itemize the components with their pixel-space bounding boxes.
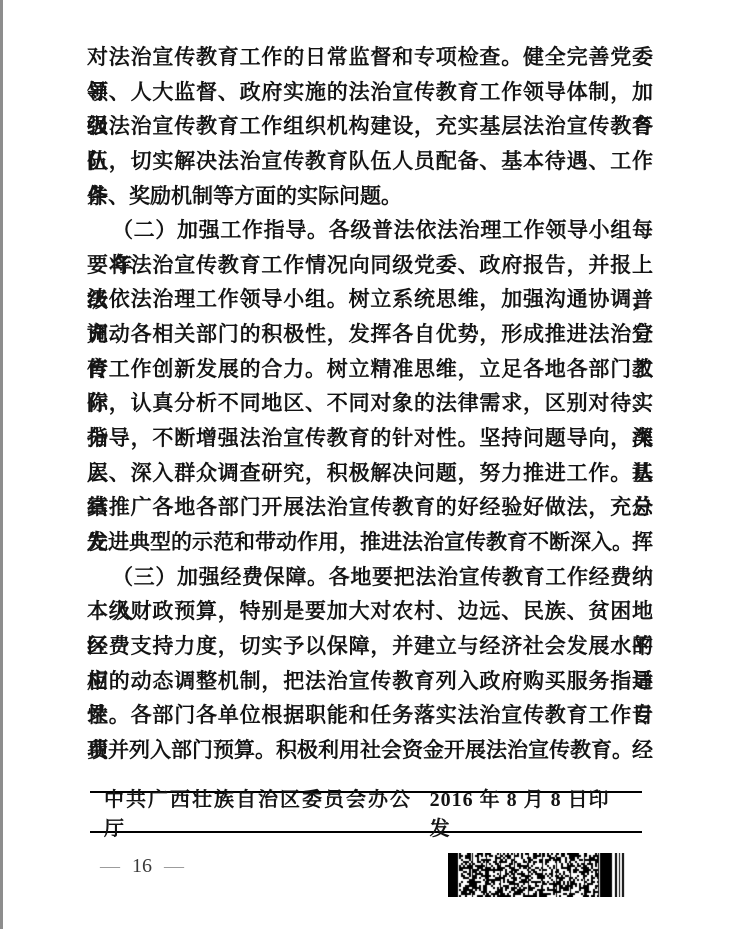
- text-line: 对法治宣传教育工作的日常监督和专项检查。健全完善党委领: [87, 40, 653, 75]
- text-line: （二）加强工作指导。各级普法依法治理工作领导小组每年: [87, 213, 653, 248]
- text-line: 层、深入群众调查研究，积极解决问题，努力推进工作。认真总: [87, 456, 653, 491]
- text-line: 经费支持力度，切实予以保障，并建立与经济社会发展水平相适: [87, 629, 653, 664]
- text-line: （三）加强经费保障。各地要把法治宣传教育工作经费纳入: [87, 560, 653, 595]
- scan-edge-shadow: [0, 0, 3, 929]
- text-line: 法依法治理工作领导小组。树立系统思维，加强沟通协调，充分: [87, 282, 653, 317]
- issuance-footer: 中共广西壮族自治区委员会办公厅 2016 年 8 月 8 日印发: [90, 791, 642, 833]
- document-body: 对法治宣传教育工作的日常监督和专项检查。健全完善党委领导、人大监督、政府实施的法…: [87, 40, 653, 767]
- text-line: 际，认真分析不同地区、不同对象的法律需求，区别对待、分类: [87, 386, 653, 421]
- issuer-name: 中共广西壮族自治区委员会办公厅: [104, 783, 430, 841]
- text-line: 先进典型的示范和带动作用，推进法治宣传教育不断深入。: [87, 525, 653, 560]
- page-number-dash-left: —: [100, 855, 120, 878]
- page-number-dash-right: —: [164, 855, 184, 878]
- page-number-value: 16: [132, 855, 152, 878]
- text-line: 本级财政预算，特别是要加大对农村、边远、民族、贫困地区的: [87, 594, 653, 629]
- text-line: 育工作创新发展的合力。树立精准思维，立足各地各部门工作实: [87, 352, 653, 387]
- scanned-document-page: 对法治宣传教育工作的日常监督和专项检查。健全完善党委领导、人大监督、政府实施的法…: [0, 0, 739, 929]
- text-line: 导、人大监督、政府实施的法治宣传教育工作领导体制，加强各: [87, 75, 653, 110]
- text-line: 伍，切实解决法治宣传教育队伍人员配备、基本待遇、工作条: [87, 144, 653, 179]
- text-line: 调动各相关部门的积极性，发挥各自优势，形成推进法治宣传教: [87, 317, 653, 352]
- text-line: 要将法治宣传教育工作情况向同级党委、政府报告，并报上级普: [87, 248, 653, 283]
- text-line: 应的动态调整机制，把法治宣传教育列入政府购买服务指导性目: [87, 664, 653, 699]
- text-line: 费并列入部门预算。积极利用社会资金开展法治宣传教育。: [87, 733, 653, 768]
- print-date: 2016 年 8 月 8 日印发: [430, 783, 628, 841]
- text-line: 件、奖励机制等方面的实际问题。: [87, 179, 653, 214]
- text-line: 指导，不断增强法治宣传教育的针对性。坚持问题导向，深入基: [87, 421, 653, 456]
- text-line: 级法治宣传教育工作组织机构建设，充实基层法治宣传教育队: [87, 109, 653, 144]
- page-number: — 16 —: [100, 853, 184, 879]
- text-line: 结推广各地各部门开展法治宣传教育的好经验好做法，充分发挥: [87, 490, 653, 525]
- text-line: 录。各部门各单位根据职能和任务落实法治宣传教育工作专项经: [87, 698, 653, 733]
- barcode: [448, 853, 628, 897]
